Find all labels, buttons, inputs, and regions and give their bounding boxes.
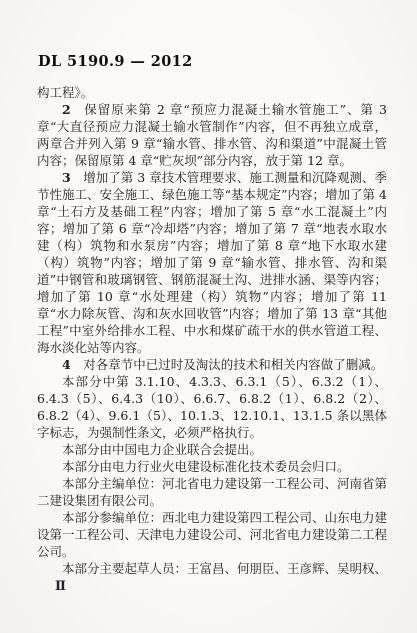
- paragraph-text: 保留原来第 2 章“预应力混凝土输水管施工”、第 3 章“大直径预应力混凝土输水…: [37, 102, 387, 168]
- paragraph-co-editors: 本部分参编单位：西北电力建设第四工程公司、山东电力建设第一工程公司、天津电力建设…: [37, 509, 387, 560]
- numbered-paragraph-2: 2保留原来第 2 章“预应力混凝土输水管施工”、第 3 章“大直径预应力混凝土输…: [37, 101, 387, 169]
- paragraph-continuation: 构工程》。: [37, 84, 387, 101]
- numbered-paragraph-3: 3增加了第 3 章技术管理要求、施工测量和沉降观测、季节性施工、安全施工、绿色施…: [37, 169, 387, 356]
- paragraph-text: 对各章节中已过时及淘汰的技术和相关内容做了删减。: [83, 357, 383, 372]
- paragraph-mandatory-clauses: 本部分中第 3.1.10、4.3.3、6.3.1（5）、6.3.2（1）、6.4…: [37, 373, 387, 441]
- paragraph-managed-by: 本部分由电力行业火电建设标准化技术委员会归口。: [37, 458, 387, 475]
- document-page: DL 5190.9 — 2012 构工程》。 2保留原来第 2 章“预应力混凝土…: [0, 0, 417, 633]
- paragraph-number: 2: [62, 102, 71, 117]
- paragraph-text: 增加了第 3 章技术管理要求、施工测量和沉降观测、季节性施工、安全施工、绿色施工…: [37, 170, 387, 355]
- paragraph-number: 4: [62, 357, 71, 372]
- paragraph-drafters: 本部分主要起草人员：王富昌、何朋臣、王彦辉、吴明权、: [37, 560, 387, 577]
- standard-number-header: DL 5190.9 — 2012: [38, 53, 193, 70]
- paragraph-number: 3: [62, 170, 71, 185]
- document-body: 构工程》。 2保留原来第 2 章“预应力混凝土输水管施工”、第 3 章“大直径预…: [37, 84, 387, 577]
- paragraph-proposed-by: 本部分由中国电力企业联合会提出。: [37, 441, 387, 458]
- page-number: Ⅱ: [55, 579, 66, 594]
- paragraph-chief-editors: 本部分主编单位：河北省电力建设第一工程公司、河南省第二建设集团有限公司。: [37, 475, 387, 509]
- numbered-paragraph-4: 4对各章节中已过时及淘汰的技术和相关内容做了删减。: [37, 356, 387, 373]
